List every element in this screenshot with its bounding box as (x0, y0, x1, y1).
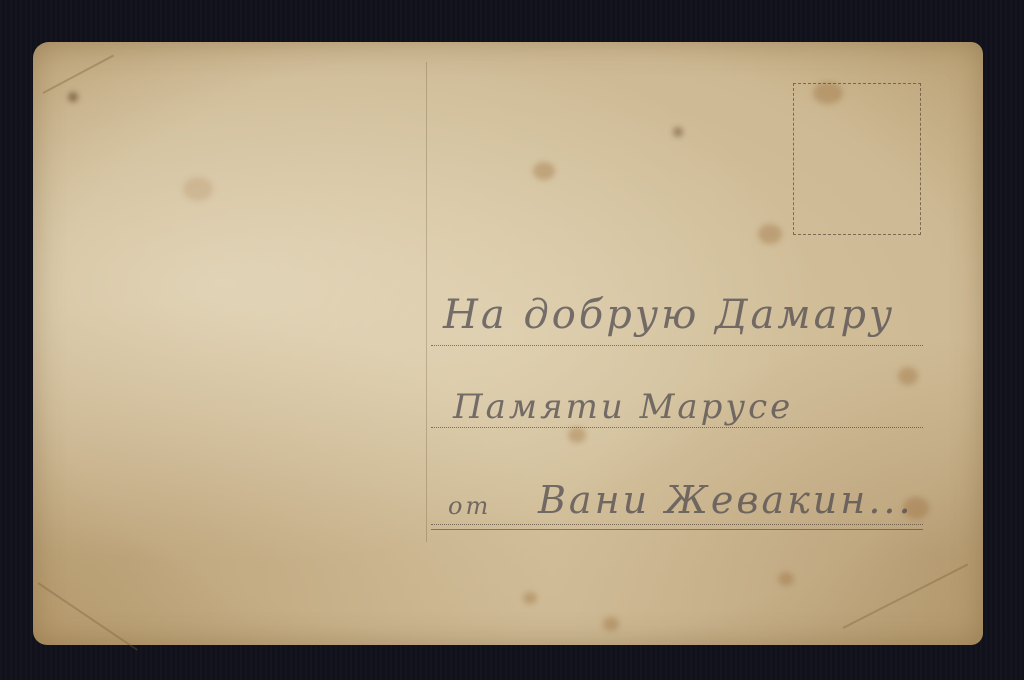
stain (778, 572, 794, 586)
stain (533, 162, 555, 180)
stain (758, 224, 782, 244)
crease (843, 564, 969, 629)
stain (568, 427, 586, 443)
address-line-2 (431, 427, 923, 428)
handwriting-line-3-prefix: от (448, 492, 491, 520)
handwriting-line-3: Вани Жевакин... (538, 478, 914, 522)
address-line-1 (431, 345, 923, 346)
address-line-3 (431, 524, 923, 525)
crease (37, 582, 138, 651)
stain (183, 177, 213, 201)
center-divider-line (426, 62, 427, 542)
stamp-placeholder-box (793, 83, 921, 235)
stain (898, 367, 918, 385)
stain (603, 617, 619, 631)
stain (673, 127, 683, 137)
handwriting-line-1: На добрую Дамару (443, 292, 895, 338)
crease (43, 55, 115, 94)
stain (68, 92, 78, 102)
handwriting-line-2: Памяти Марусе (453, 387, 793, 427)
postcard-back: На добрую Дамару Памяти Марусе от Вани Ж… (33, 42, 983, 645)
stain (523, 592, 537, 604)
